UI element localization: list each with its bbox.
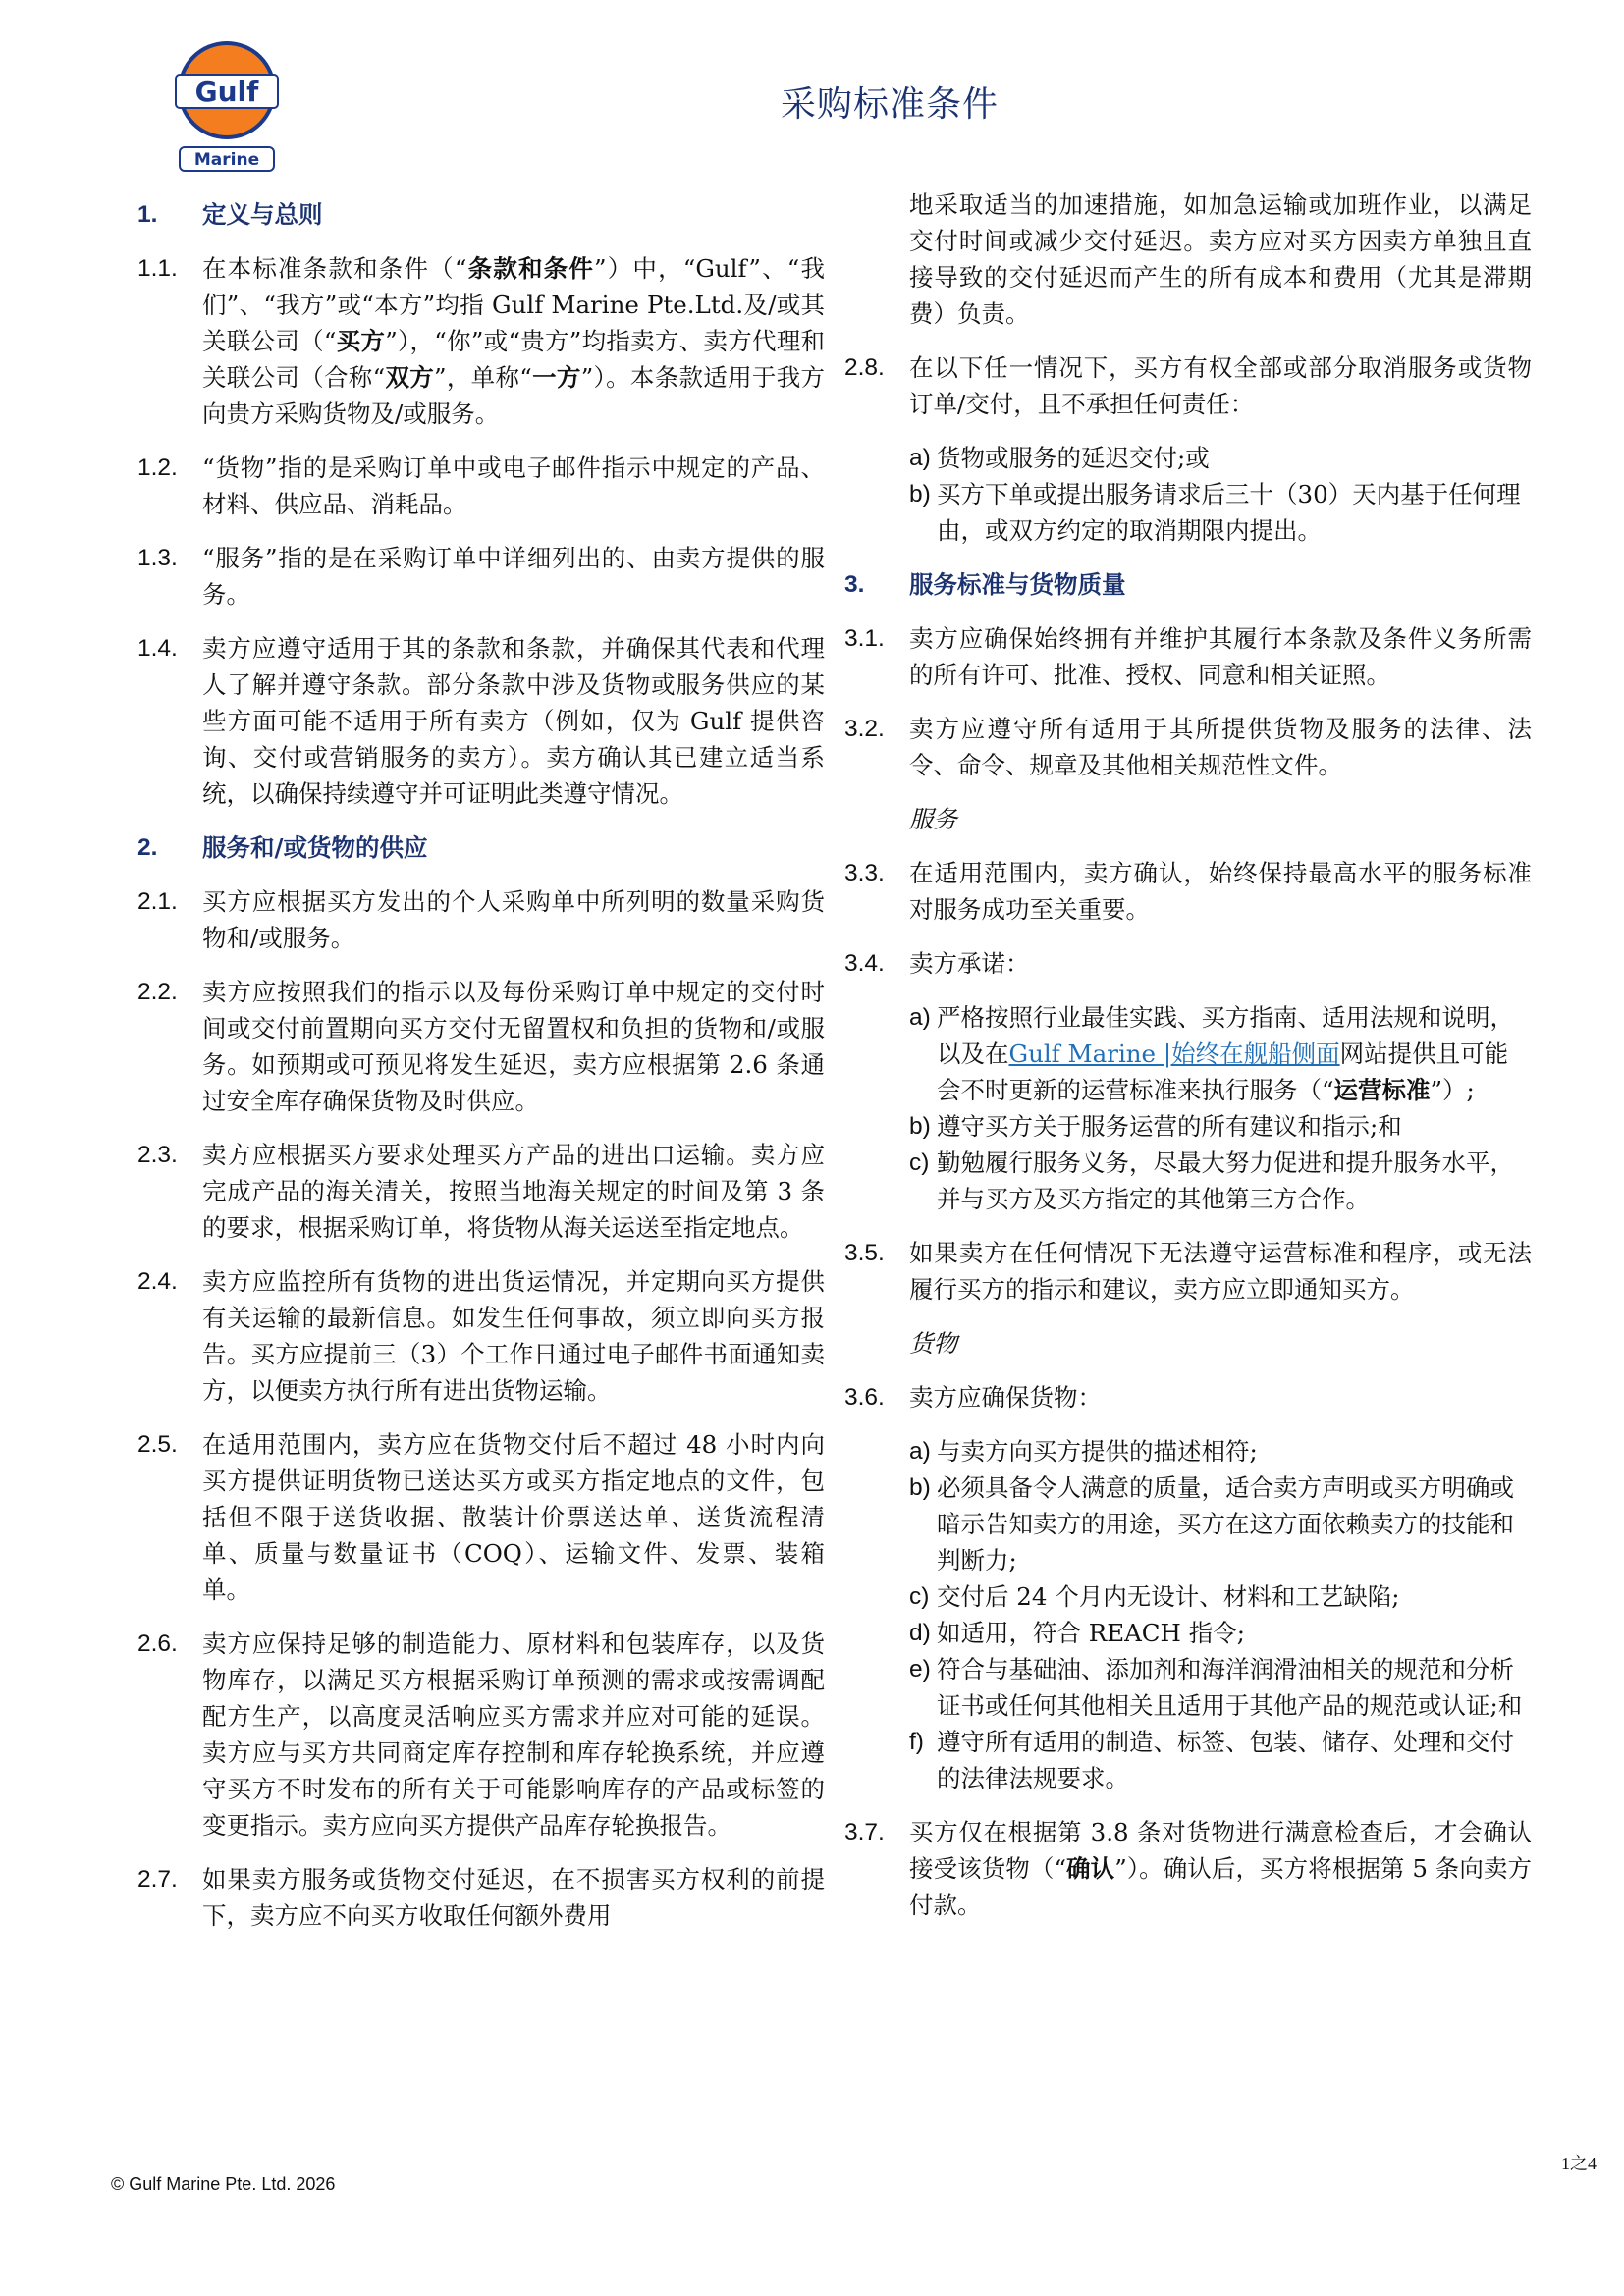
clause-3-2: 3.2. 卖方应遵守所有适用于其所提供货物及服务的法律、法令、命令、规章及其他相… (844, 711, 1532, 783)
clause-2-7-continued: 地采取适当的加速措施，如加急运输或加班作业，以满足交付时间或减少交付延迟。卖方应… (909, 187, 1532, 332)
svg-text:Gulf: Gulf (195, 76, 260, 108)
clause-1-3: 1.3. “服务”指的是在采购订单中详细列出的、由卖方提供的服务。 (137, 540, 825, 613)
list-item: a)与卖方向买方提供的描述相符; (909, 1433, 1532, 1469)
clause-2-7: 2.7. 如果卖方服务或货物交付延迟，在不损害买方权利的前提下，卖方应不向买方收… (137, 1861, 825, 1934)
left-column: 1. 定义与总则 1.1. 在本标准条款和条件（“条款和条件”）中，“Gulf”… (137, 196, 825, 1951)
clause-2-5: 2.5. 在适用范围内，卖方应在货物交付后不超过 48 小时内向买方提供证明货物… (137, 1426, 825, 1608)
clause-3-3: 3.3. 在适用范围内，卖方确认，始终保持最高水平的服务标准对服务成功至关重要。 (844, 855, 1532, 928)
clause-3-6: 3.6. 卖方应确保货物： (844, 1379, 1532, 1415)
clause-2-2: 2.2. 卖方应按照我们的指示以及每份采购订单中规定的交付时间或交付前置期向买方… (137, 974, 825, 1119)
right-column: 地采取适当的加速措施，如加急运输或加班作业，以满足交付时间或减少交付延迟。卖方应… (844, 187, 1532, 1941)
clause-3-6-list: a)与卖方向买方提供的描述相符; b)必须具备令人满意的质量，适合卖方声明或买方… (909, 1433, 1532, 1796)
list-item: e)符合与基础油、添加剂和海洋润滑油相关的规范和分析证书或任何其他相关且适用于其… (909, 1651, 1532, 1724)
section-heading-2: 2. 服务和/或货物的供应 (137, 829, 825, 866)
document-title: 采购标准条件 (781, 77, 999, 127)
clause-3-7: 3.7. 买方仅在根据第 3.8 条对货物进行满意检查后，才会确认接受该货物（“… (844, 1814, 1532, 1923)
clause-2-6: 2.6. 卖方应保持足够的制造能力、原材料和包装库存，以及货物库存，以满足买方根… (137, 1626, 825, 1843)
clause-2-8-list: a)货物或服务的延迟交付;或 b)买方下单或提出服务请求后三十（30）天内基于任… (909, 440, 1532, 549)
list-item: a)货物或服务的延迟交付;或 (909, 440, 1532, 476)
list-item: b)买方下单或提出服务请求后三十（30）天内基于任何理由，或双方约定的取消期限内… (909, 476, 1532, 549)
section-heading-1: 1. 定义与总则 (137, 196, 825, 233)
copyright-footer: © Gulf Marine Pte. Ltd. 2026 (111, 2174, 335, 2195)
section-heading-3: 3. 服务标准与货物质量 (844, 566, 1532, 603)
list-item: b)遵守买方关于服务运营的所有建议和指示;和 (909, 1108, 1532, 1145)
clause-3-1: 3.1. 卖方应确保始终拥有并维护其履行本条款及条件义务所需的所有许可、批准、授… (844, 620, 1532, 693)
clause-2-1: 2.1. 买方应根据买方发出的个人采购单中所列明的数量采购货物和/或服务。 (137, 883, 825, 956)
page-number: 1之4 (1561, 2150, 1597, 2175)
list-item: f)遵守所有适用的制造、标签、包装、储存、处理和交付的法律法规要求。 (909, 1724, 1532, 1796)
list-item: d)如适用，符合 REACH 指令; (909, 1615, 1532, 1651)
list-item: c)勤勉履行服务义务，尽最大努力促进和提升服务水平，并与买方及买方指定的其他第三… (909, 1145, 1532, 1217)
list-item: c)交付后 24 个月内无设计、材料和工艺缺陷; (909, 1578, 1532, 1615)
clause-3-4: 3.4. 卖方承诺： (844, 945, 1532, 982)
clause-1-2: 1.2. “货物”指的是采购订单中或电子邮件指示中规定的产品、材料、供应品、消耗… (137, 450, 825, 522)
clause-2-3: 2.3. 卖方应根据买方要求处理买方产品的进出口运输。卖方应完成产品的海关清关，… (137, 1137, 825, 1246)
list-item: a) 严格按照行业最佳实践、买方指南、适用法规和说明，以及在Gulf Marin… (909, 999, 1532, 1108)
subheading-services: 服务 (909, 801, 1532, 837)
clause-3-4-list: a) 严格按照行业最佳实践、买方指南、适用法规和说明，以及在Gulf Marin… (909, 999, 1532, 1217)
clause-1-1: 1.1. 在本标准条款和条件（“条款和条件”）中，“Gulf”、“我们”、“我方… (137, 250, 825, 432)
clause-3-5: 3.5. 如果卖方在任何情况下无法遵守运营标准和程序，或无法履行买方的指示和建议… (844, 1235, 1532, 1308)
clause-2-8: 2.8. 在以下任一情况下，买方有权全部或部分取消服务或货物订单/交付，且不承担… (844, 349, 1532, 422)
svg-text:Marine: Marine (194, 150, 259, 170)
gulf-marine-logo: Gulf Marine (172, 39, 282, 172)
clause-2-4: 2.4. 卖方应监控所有货物的进出货运情况，并定期向买方提供有关运输的最新信息。… (137, 1263, 825, 1409)
list-item: b)必须具备令人满意的质量，适合卖方声明或买方明确或暗示告知卖方的用途，买方在这… (909, 1469, 1532, 1578)
clause-1-4: 1.4. 卖方应遵守适用于其的条款和条款，并确保其代表和代理人了解并遵守条款。部… (137, 630, 825, 812)
operating-standards-link[interactable]: Gulf Marine |始终在舰船侧面 (1009, 1040, 1340, 1068)
subheading-goods: 货物 (909, 1325, 1532, 1362)
